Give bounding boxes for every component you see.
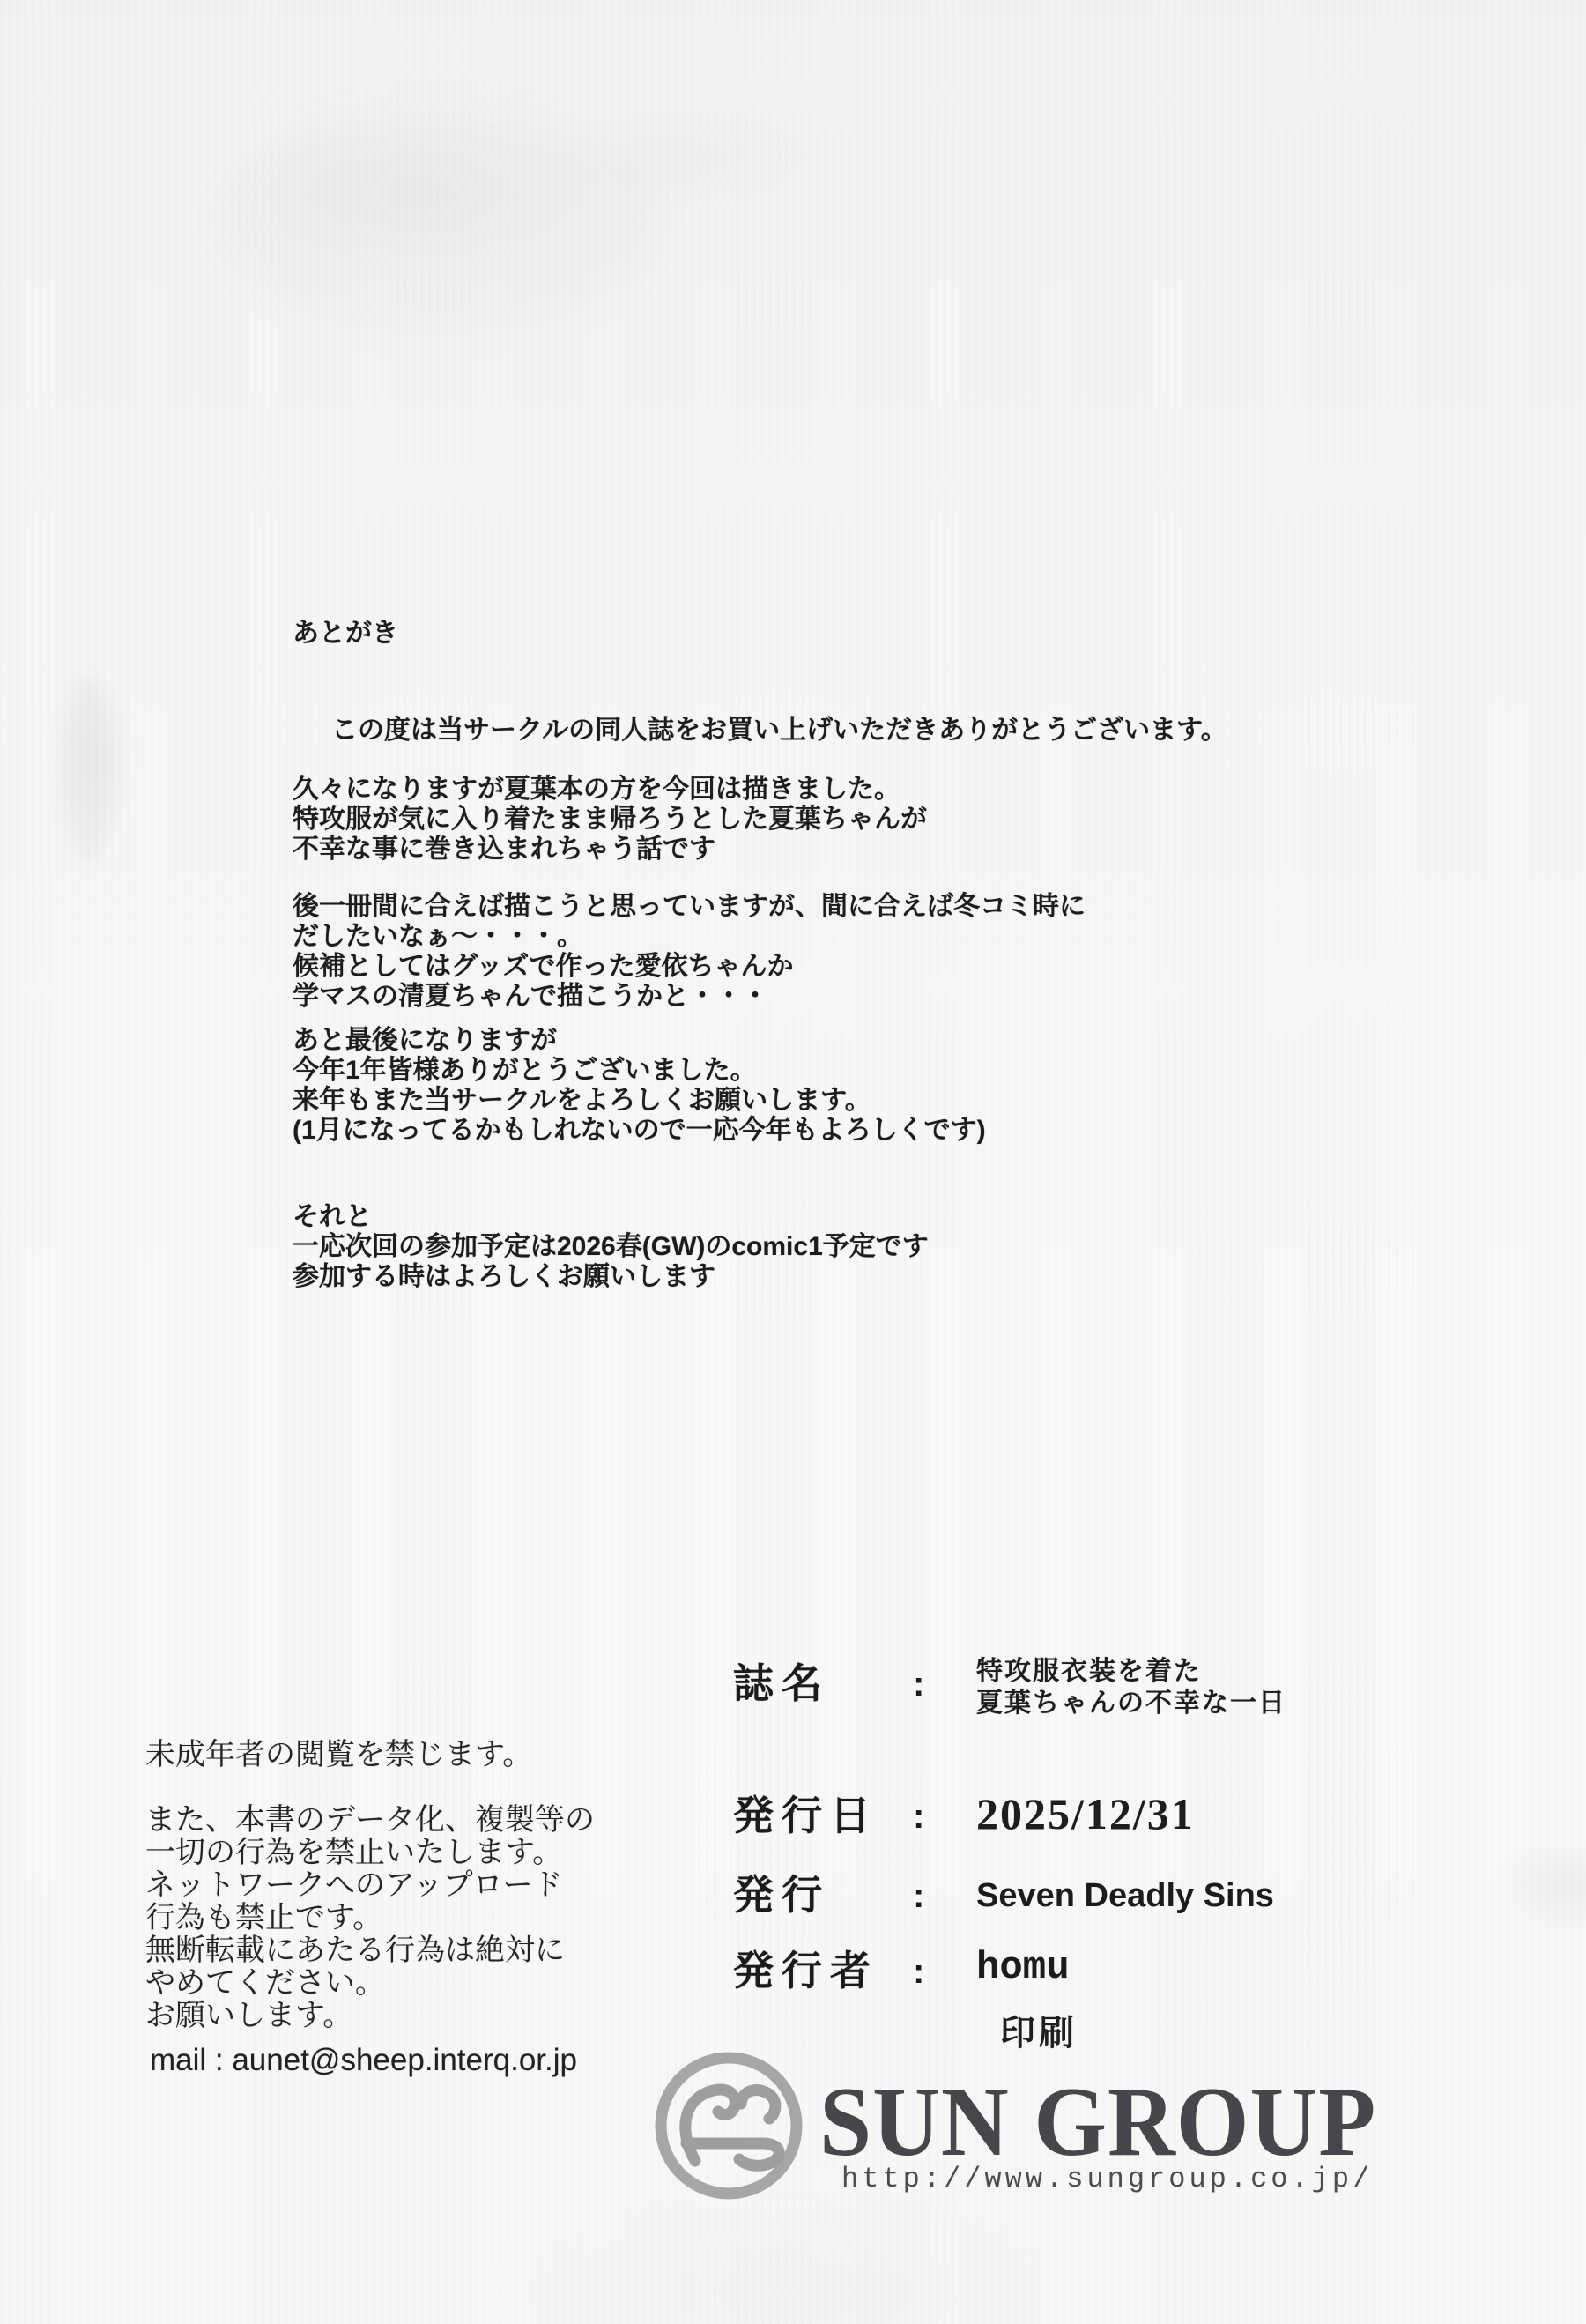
afterword-line: 参加する時はよろしくお願いします <box>293 1262 715 1293</box>
sun-group-logo-icon <box>641 2038 817 2214</box>
afterword-line: それと <box>293 1202 372 1233</box>
notice-line: また、本書のデータ化、複製等の <box>145 1803 595 1838</box>
afterword-line: 後一冊間に合えば描こうと思っていますが、間に合えば冬コミ時に <box>293 892 1086 923</box>
printer-url: http://www.sungroup.co.jp/ <box>841 2166 1373 2193</box>
afterword-line: あと最後になりますが <box>293 1026 557 1057</box>
colophon-label-title: 誌名 <box>733 1660 830 1707</box>
afterword-line: 今年1年皆様ありがとうございました。 <box>293 1056 757 1087</box>
colophon-colon: : <box>913 1875 924 1916</box>
afterword-heading: あとがき <box>293 619 398 650</box>
book-title-line: 特攻服衣装を着た <box>976 1657 1202 1688</box>
scanned-afterword-page: あとがき この度は当サークルの同人誌をお買い上げいただきありがとうございます。 … <box>0 0 1586 2324</box>
notice-line: 未成年者の閲覧を禁じます。 <box>145 1738 532 1772</box>
afterword-line: 一応次回の参加予定は2026春(GW)のcomic1予定です <box>293 1232 929 1263</box>
notice-line: 無断転載にあたる行為は絶対に <box>145 1934 565 1968</box>
colophon-colon: : <box>913 1796 924 1837</box>
notice-line: やめてください。 <box>145 1966 385 2001</box>
afterword-line: 不幸な事に巻き込まれちゃう話です <box>293 835 715 865</box>
author-name: homu <box>976 1946 1070 1991</box>
afterword-line: 学マスの清夏ちゃんで描こうかと・・・ <box>293 982 768 1013</box>
afterword-line: この度は当サークルの同人誌をお買い上げいただきありがとうございます。 <box>331 716 1227 746</box>
afterword-line: 候補としてはグッズで作った愛依ちゃんか <box>293 952 794 983</box>
colophon-label-author: 発行者 <box>733 1948 878 1994</box>
notice-line: お願いします。 <box>145 1999 352 2033</box>
notice-line: 一切の行為を禁止いたします。 <box>145 1836 562 1870</box>
afterword-line: だしたいなぁ～・・・。 <box>293 922 583 953</box>
notice-line: 行為も禁止です。 <box>145 1901 382 1935</box>
afterword-line: 久々になりますが夏葉本の方を今回は描きました。 <box>293 775 900 806</box>
publication-date: 2025/12/31 <box>976 1789 1195 1840</box>
printer-name: SUN GROUP <box>819 2071 1376 2173</box>
book-title-line: 夏葉ちゃんの不幸な一日 <box>976 1689 1286 1719</box>
scan-smudge <box>220 106 661 335</box>
colophon-label-publisher: 発行 <box>733 1872 830 1919</box>
colophon-colon: : <box>913 1951 924 1992</box>
printing-label: 印刷 <box>1000 2013 1078 2053</box>
circle-name: Seven Deadly Sins <box>976 1877 1274 1916</box>
mail-address: mail : aunet@sheep.interq.or.jp <box>150 2043 577 2078</box>
afterword-line: 来年もまた当サークルをよろしくお願いします。 <box>293 1086 871 1117</box>
afterword-line: 特攻服が気に入り着たまま帰ろうとした夏葉ちゃんが <box>293 805 927 835</box>
scan-smudge <box>62 679 115 864</box>
notice-line: ネットワークへのアップロード <box>145 1868 563 1903</box>
afterword-line: (1月になってるかもしれないので一応今年もよろしくです) <box>293 1116 986 1147</box>
colophon-label-date: 発行日 <box>733 1793 878 1839</box>
colophon-colon: : <box>913 1664 924 1704</box>
